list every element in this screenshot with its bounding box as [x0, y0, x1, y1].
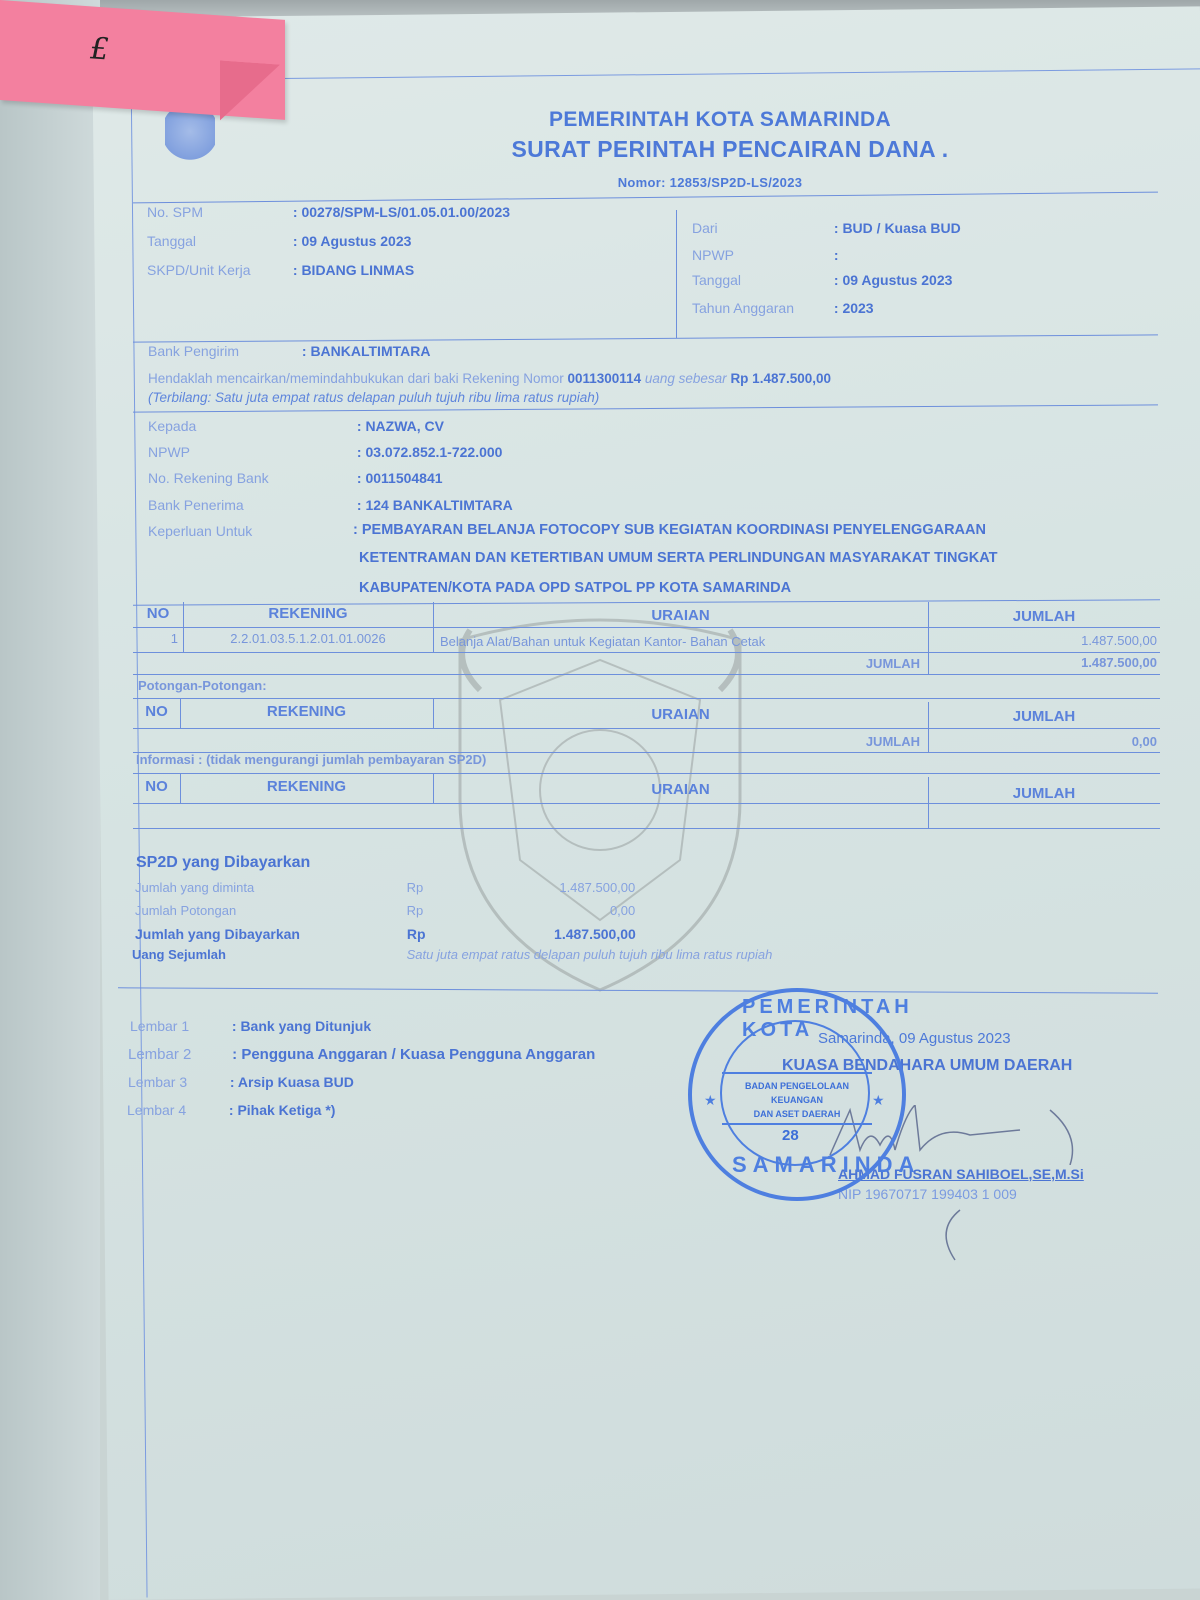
npwp-recipient-label: NPWP — [148, 444, 353, 460]
informasi-title: Informasi : (tidak mengurangi jumlah pem… — [136, 752, 486, 767]
summary-label: Jumlah yang Dibayarkan — [135, 926, 403, 942]
lembar-value: : Bank yang Ditunjuk — [232, 1018, 371, 1034]
cell-rekening: 2.2.01.03.5.1.2.01.01.0026 — [183, 631, 433, 646]
keperluan-label: Keperluan Untuk — [148, 523, 353, 539]
signatory-nip: NIP 19670717 199403 1 009 — [838, 1186, 1017, 1202]
skpd-value: : BIDANG LINMAS — [293, 262, 414, 278]
kepada-label: Kepada — [148, 418, 353, 434]
header-rekening: REKENING — [180, 703, 433, 720]
frame-border-top — [131, 68, 1200, 80]
lembar-value: : Pihak Ketiga *) — [229, 1102, 336, 1118]
terbilang-line: (Terbilang: Satu juta empat ratus delapa… — [148, 390, 599, 405]
lembar-label: Lembar 3 — [128, 1074, 226, 1090]
info-divider — [676, 210, 677, 338]
spm-value: : 00278/SPM-LS/01.05.01.00/2023 — [293, 204, 510, 220]
tanggal-label: Tanggal — [147, 233, 289, 249]
summary-row-total: Jumlah yang Dibayarkan Rp 1.487.500,00 — [135, 926, 636, 942]
main-total-label: JUMLAH — [800, 656, 920, 671]
stamp-band: BADAN PENGELOLAAN KEUANGAN DAN ASET DAER… — [722, 1072, 872, 1125]
lembar-label: Lembar 4 — [127, 1102, 225, 1118]
header-no: NO — [133, 778, 180, 795]
bank-pengirim-value: : BANKALTIMTARA — [302, 343, 431, 359]
sticky-note-mark: £ — [90, 31, 109, 67]
lembar-item: Lembar 3 : Arsip Kuasa BUD — [128, 1074, 354, 1090]
skpd-row: SKPD/Unit Kerja : BIDANG LINMAS — [147, 262, 414, 278]
sticky-note-fold — [220, 60, 280, 124]
instruction-account: 0011300114 — [568, 371, 642, 386]
bank-penerima-label: Bank Penerima — [148, 497, 353, 513]
tanggal-right-row: Tanggal : 09 Agustus 2023 — [692, 272, 952, 288]
summary-title: SP2D yang Dibayarkan — [136, 854, 310, 872]
sejumlah-label: Uang Sejumlah — [132, 947, 403, 962]
spm-row: No. SPM : 00278/SPM-LS/01.05.01.00/2023 — [147, 204, 510, 220]
summary-value: 1.487.500,00 — [470, 880, 635, 895]
dari-label: Dari — [692, 220, 830, 236]
npwp-recipient-row: NPWP : 03.072.852.1-722.000 — [148, 444, 502, 460]
npwp-recipient-value: : 03.072.852.1-722.000 — [357, 444, 503, 460]
dari-row: Dari : BUD / Kuasa BUD — [692, 220, 961, 236]
npwp-sender-label: NPWP — [692, 247, 830, 263]
sticky-note: £ — [0, 0, 285, 120]
document-title: SURAT PERINTAH PENCAIRAN DANA . — [390, 136, 1070, 163]
lembar-item: Lembar 1 : Bank yang Ditunjuk — [130, 1018, 371, 1034]
table-line — [133, 803, 1160, 804]
instruction-prefix: Hendaklah mencairkan/memindahbukukan dar… — [148, 371, 564, 386]
summary-label: Jumlah yang diminta — [135, 880, 403, 895]
keperluan-line-3: KABUPATEN/KOTA PADA OPD SATPOL PP KOTA S… — [359, 580, 791, 596]
keperluan-line-2: KETENTRAMAN DAN KETERTIBAN UMUM SERTA PE… — [359, 550, 998, 566]
rekening-label: No. Rekening Bank — [148, 470, 353, 486]
lembar-item: Lembar 2 : Pengguna Anggaran / Kuasa Pen… — [128, 1046, 595, 1063]
header-uraian: URAIAN — [433, 781, 928, 798]
document-number: Nomor: 12853/SP2D-LS/2023 — [420, 175, 1000, 190]
sejumlah-row: Uang Sejumlah Satu juta empat ratus dela… — [132, 947, 772, 962]
bank-penerima-value: : 124 BANKALTIMTARA — [357, 497, 513, 513]
pen-stroke-icon — [930, 1205, 970, 1265]
lembar-item: Lembar 4 : Pihak Ketiga *) — [127, 1102, 335, 1118]
stamp-band-line-1: BADAN PENGELOLAAN KEUANGAN — [722, 1079, 872, 1107]
summary-value: 0,00 — [470, 903, 635, 918]
tahun-row: Tahun Anggaran : 2023 — [692, 300, 874, 316]
instruction-amount: Rp 1.487.500,00 — [730, 371, 831, 386]
dari-value: : BUD / Kuasa BUD — [834, 220, 961, 236]
table-line — [133, 728, 1160, 729]
main-total-value: 1.487.500,00 — [935, 655, 1157, 670]
tahun-value: : 2023 — [834, 300, 874, 316]
bank-pengirim-label: Bank Pengirim — [148, 343, 298, 359]
sejumlah-value: Satu juta empat ratus delapan puluh tuju… — [407, 947, 773, 962]
summary-currency: Rp — [407, 903, 467, 918]
cell-uraian: Belanja Alat/Bahan untuk Kegiatan Kantor… — [440, 634, 765, 649]
lembar-label: Lembar 2 — [128, 1046, 228, 1063]
potongan-total-value: 0,00 — [935, 734, 1157, 749]
header-rekening: REKENING — [183, 605, 433, 622]
table-line — [133, 698, 1160, 699]
potongan-total-label: JUMLAH — [800, 734, 920, 749]
summary-row: Jumlah yang diminta Rp 1.487.500,00 — [135, 880, 635, 895]
header-no: NO — [133, 605, 183, 622]
table-line — [133, 652, 1160, 653]
rekening-row: No. Rekening Bank : 0011504841 — [148, 470, 443, 486]
background-left — [0, 0, 100, 1600]
stamp-star-icon: ★ — [704, 1092, 717, 1109]
government-title: PEMERINTAH KOTA SAMARINDA — [420, 108, 1020, 132]
header-rekening: REKENING — [180, 778, 433, 795]
city-logo-icon — [165, 105, 215, 171]
instruction-line: Hendaklah mencairkan/memindahbukukan dar… — [148, 371, 831, 386]
keperluan-row: Keperluan Untuk — [148, 523, 353, 539]
official-stamp: BADAN PENGELOLAAN KEUANGAN DAN ASET DAER… — [688, 988, 906, 1201]
summary-currency: Rp — [407, 880, 467, 895]
table-line — [133, 627, 1160, 628]
instruction-middle: uang sebesar — [645, 371, 727, 386]
kepada-row: Kepada : NAZWA, CV — [148, 418, 444, 434]
tanggal-right-value: : 09 Agustus 2023 — [834, 272, 953, 288]
tanggal-row: Tanggal : 09 Agustus 2023 — [147, 233, 411, 249]
stamp-band-line-2: DAN ASET DAERAH — [722, 1107, 872, 1121]
tanggal-right-label: Tanggal — [692, 272, 830, 288]
lembar-label: Lembar 1 — [130, 1018, 228, 1034]
keperluan-line-1: : PEMBAYARAN BELANJA FOTOCOPY SUB KEGIAT… — [353, 522, 986, 538]
tahun-label: Tahun Anggaran — [692, 300, 830, 316]
spm-label: No. SPM — [147, 204, 289, 220]
header-uraian: URAIAN — [433, 706, 928, 723]
bank-pengirim-row: Bank Pengirim : BANKALTIMTARA — [148, 343, 430, 359]
header-jumlah: JUMLAH — [928, 708, 1160, 725]
npwp-sender-value: : — [834, 247, 839, 263]
stamp-star-icon: ★ — [872, 1092, 885, 1109]
summary-label: Jumlah Potongan — [135, 903, 403, 918]
stamp-ring-bottom: SAMARINDA — [732, 1152, 920, 1178]
npwp-sender-row: NPWP : — [692, 247, 839, 263]
header-no: NO — [133, 703, 180, 720]
summary-value: 1.487.500,00 — [471, 926, 636, 942]
stamp-ring-top: PEMERINTAH KOTA — [742, 996, 913, 1042]
table-line — [133, 773, 1160, 774]
frame-border-left — [131, 78, 148, 1598]
table-line — [133, 674, 1160, 675]
stamp-number: 28 — [782, 1127, 799, 1144]
lembar-value: : Arsip Kuasa BUD — [230, 1074, 354, 1090]
bank-penerima-row: Bank Penerima : 124 BANKALTIMTARA — [148, 497, 513, 513]
summary-currency: Rp — [407, 926, 467, 942]
cell-jumlah: 1.487.500,00 — [935, 633, 1157, 648]
kepada-value: : NAZWA, CV — [357, 418, 444, 434]
table-line — [133, 828, 1160, 829]
rekening-value: : 0011504841 — [357, 470, 443, 486]
skpd-label: SKPD/Unit Kerja — [147, 262, 289, 278]
summary-row: Jumlah Potongan Rp 0,00 — [135, 903, 635, 918]
header-jumlah: JUMLAH — [928, 785, 1160, 802]
lembar-value: : Pengguna Anggaran / Kuasa Pengguna Ang… — [232, 1046, 595, 1063]
potongan-title: Potongan-Potongan: — [138, 678, 267, 693]
header-jumlah: JUMLAH — [928, 608, 1160, 625]
tanggal-value: : 09 Agustus 2023 — [293, 233, 412, 249]
header-uraian: URAIAN — [433, 607, 928, 624]
cell-no: 1 — [133, 631, 178, 646]
